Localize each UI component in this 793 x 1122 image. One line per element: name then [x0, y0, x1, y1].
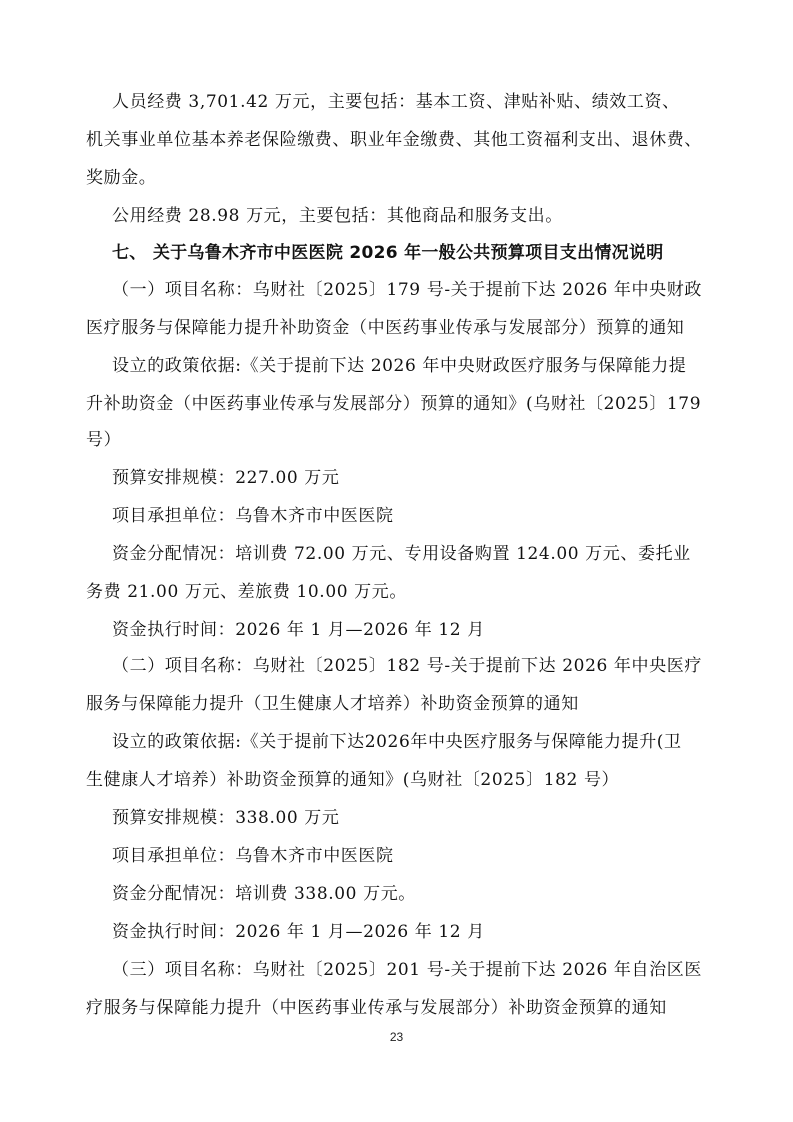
project-1-name-cont: 医疗服务与保障能力提升补助资金（中医药事业传承与发展部分）预算的通知 [86, 317, 684, 339]
paragraph-public-expense: 公用经费 28.98 万元，主要包括：其他商品和服务支出。 [112, 205, 563, 227]
project-2-execution-time: 资金执行时间：2026 年 1 月—2026 年 12 月 [112, 921, 485, 943]
section-heading-7: 七、 关于乌鲁木齐市中医医院 2026 年一般公共预算项目支出情况说明 [112, 242, 664, 264]
project-2-budget-scale: 预算安排规模：338.00 万元 [112, 807, 340, 829]
project-2-unit: 项目承担单位：乌鲁木齐市中医医院 [112, 845, 394, 867]
project-1-policy-basis-cont: 升补助资金（中医药事业传承与发展部分）预算的通知》(乌财社〔2025〕179 [86, 393, 701, 415]
paragraph-personnel-expense: 人员经费 3,701.42 万元，主要包括：基本工资、津贴补贴、绩效工资、 [112, 91, 680, 113]
project-2-policy-basis: 设立的政策依据:《关于提前下达2026年中央医疗服务与保障能力提升(卫 [112, 731, 682, 753]
project-3-name: （三）项目名称：乌财社〔2025〕201 号-关于提前下达 2026 年自治区医 [112, 959, 702, 981]
project-1-budget-scale: 预算安排规模：227.00 万元 [112, 467, 340, 489]
project-3-name-cont: 疗服务与保障能力提升（中医药事业传承与发展部分）补助资金预算的通知 [86, 997, 667, 1019]
page-number: 23 [0, 1030, 793, 1044]
paragraph-personnel-expense-cont: 机关事业单位基本养老保险缴费、职业年金缴费、其他工资福利支出、退休费、 [86, 129, 702, 151]
project-1-unit: 项目承担单位：乌鲁木齐市中医医院 [112, 505, 394, 527]
project-1-allocation-cont: 务费 21.00 万元、差旅费 10.00 万元。 [86, 581, 407, 603]
paragraph-personnel-expense-end: 奖励金。 [86, 167, 156, 189]
project-2-name-cont: 服务与保障能力提升（卫生健康人才培养）补助资金预算的通知 [86, 693, 579, 715]
project-1-allocation: 资金分配情况：培训费 72.00 万元、专用设备购置 124.00 万元、委托业 [112, 543, 691, 565]
project-1-policy-basis-end: 号） [86, 429, 121, 451]
project-1-execution-time: 资金执行时间：2026 年 1 月—2026 年 12 月 [112, 619, 485, 641]
project-1-name: （一）项目名称：乌财社〔2025〕179 号-关于提前下达 2026 年中央财政 [112, 279, 702, 301]
project-1-policy-basis: 设立的政策依据:《关于提前下达 2026 年中央财政医疗服务与保障能力提 [112, 355, 686, 377]
project-2-policy-basis-cont: 生健康人才培养）补助资金预算的通知》(乌财社〔2025〕182 号） [86, 769, 619, 791]
project-2-name: （二）项目名称：乌财社〔2025〕182 号-关于提前下达 2026 年中央医疗 [112, 655, 702, 677]
project-2-allocation: 资金分配情况：培训费 338.00 万元。 [112, 883, 416, 905]
document-page: 人员经费 3,701.42 万元，主要包括：基本工资、津贴补贴、绩效工资、 机关… [0, 0, 793, 1122]
